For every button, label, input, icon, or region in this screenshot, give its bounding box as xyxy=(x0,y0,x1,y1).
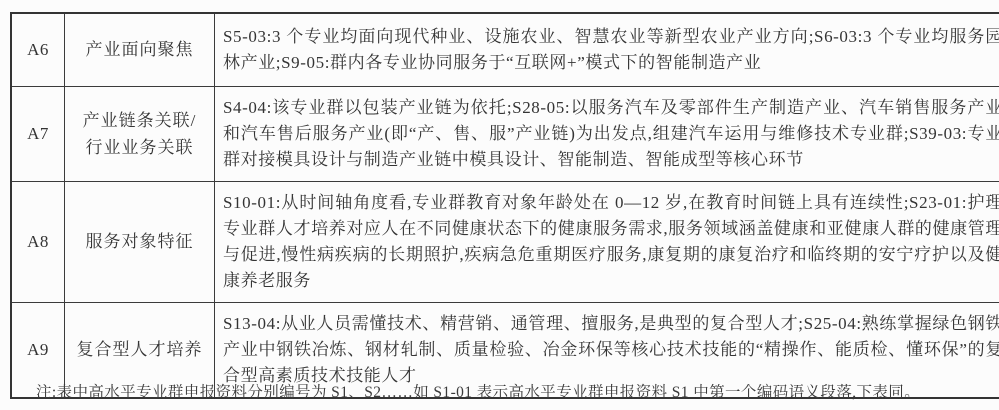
row-desc: S4-04:该专业群以包装产业链为依托;S28-05:以服务汽车及零部件生产制造… xyxy=(215,86,999,181)
row-id: A6 xyxy=(11,13,65,86)
coding-dimension-table: A6 产业面向聚焦 S5-03:3 个专业均面向现代种业、设施农业、智慧农业等新… xyxy=(10,12,999,399)
row-label: 产业面向聚焦 xyxy=(65,13,215,86)
table-footnote: 注:表中高水平专业群申报资料分别编号为 S1、S2……如 S1-01 表示高水平… xyxy=(10,382,990,404)
row-label: 产业链条关联/ 行业业务关联 xyxy=(65,86,215,181)
row-desc: S5-03:3 个专业均面向现代种业、设施农业、智慧农业等新型农业产业方向;S6… xyxy=(215,13,999,86)
table-row: A7 产业链条关联/ 行业业务关联 S4-04:该专业群以包装产业链为依托;S2… xyxy=(11,86,999,181)
table-row: A6 产业面向聚焦 S5-03:3 个专业均面向现代种业、设施农业、智慧农业等新… xyxy=(11,13,999,86)
table-body: A6 产业面向聚焦 S5-03:3 个专业均面向现代种业、设施农业、智慧农业等新… xyxy=(11,13,999,398)
table-row: A8 服务对象特征 S10-01:从时间轴角度看,专业群教育对象年龄处在 0—1… xyxy=(11,181,999,302)
row-id: A7 xyxy=(11,86,65,181)
row-desc: S10-01:从时间轴角度看,专业群教育对象年龄处在 0—12 岁,在教育时间链… xyxy=(215,181,999,302)
row-label: 服务对象特征 xyxy=(65,181,215,302)
row-id: A8 xyxy=(11,181,65,302)
paper-table-page: A6 产业面向聚焦 S5-03:3 个专业均面向现代种业、设施农业、智慧农业等新… xyxy=(0,0,999,410)
